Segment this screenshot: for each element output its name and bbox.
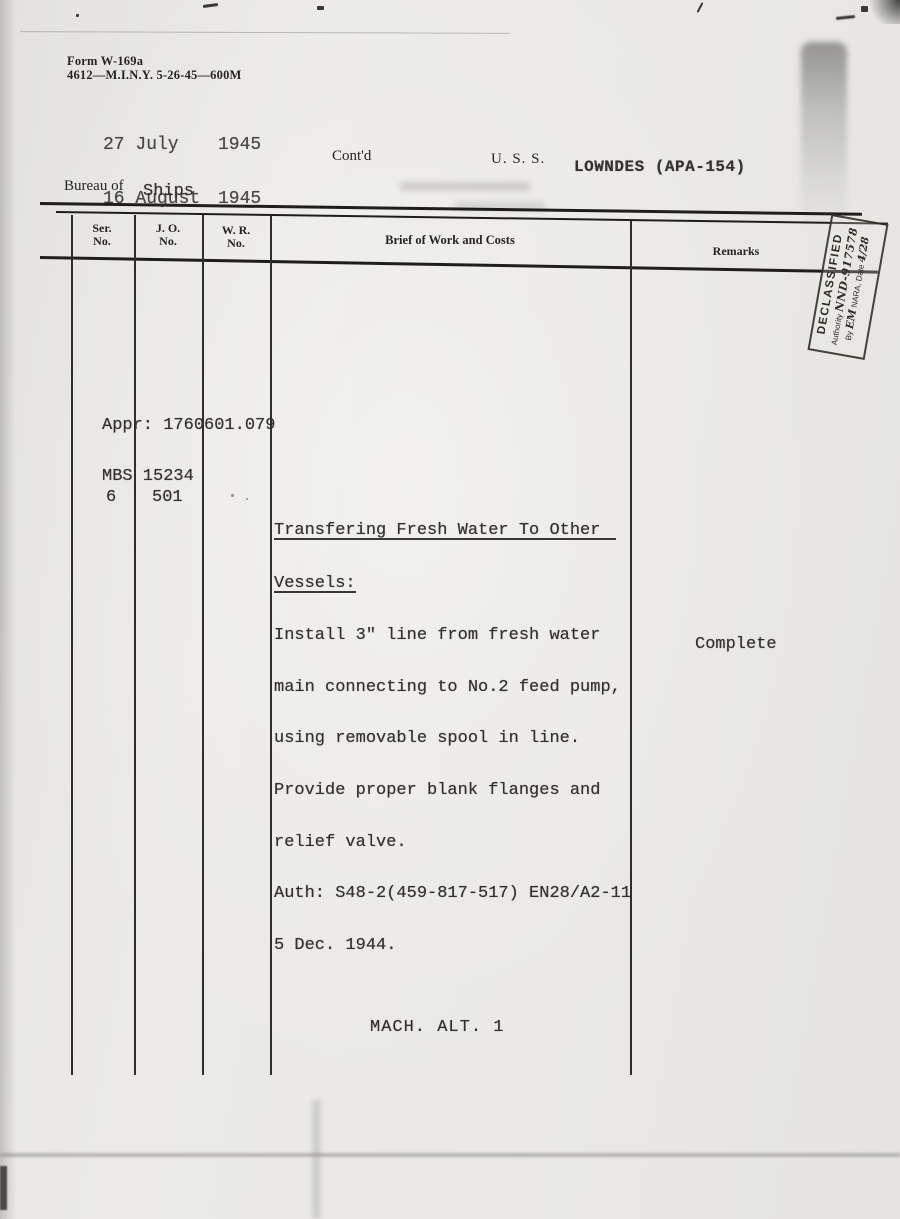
scan-speck (697, 2, 704, 13)
scan-smudge-right (801, 42, 847, 230)
table-vrule-wr-brief (270, 215, 272, 1075)
date-row: 27 July1945 (103, 136, 261, 154)
appropriation-mbs: MBS 15234 (102, 468, 275, 485)
brief-body-line: 5 Dec. 1944. (274, 937, 631, 954)
entry-jo-no: 501 (152, 488, 183, 507)
col-header-remarks: Remarks (630, 245, 842, 258)
date-day-month: 27 July (103, 136, 218, 154)
entry-ser-no: 6 (106, 488, 116, 507)
form-number-line1: Form W-169a (67, 55, 242, 69)
col-header-brief: Brief of Work and Costs (270, 234, 630, 247)
scanned-form-page: Form W-169a 4612—M.I.N.Y. 5-26-45—600M 2… (0, 0, 900, 1219)
entry-remarks: Complete (695, 635, 777, 654)
brief-body-line: using removable spool in line. (274, 730, 631, 747)
form-number-line2: 4612—M.I.N.Y. 5-26-45—600M (67, 69, 242, 83)
entry-brief-of-work: Transfering Fresh Water To Other Vessels… (274, 488, 631, 988)
scan-speck (836, 15, 855, 20)
brief-body-line: Provide proper blank flanges and (274, 782, 631, 799)
table-vrule-left (71, 215, 73, 1075)
scan-speck (317, 6, 324, 10)
typed-dates: 27 July1945 16 August1945 (103, 100, 261, 244)
bureau-value: Ships (143, 182, 194, 201)
date-year: 1945 (218, 189, 261, 209)
form-number: Form W-169a 4612—M.I.N.Y. 5-26-45—600M (67, 55, 242, 82)
contd-label: Cont'd (332, 148, 371, 165)
brief-body-line: Auth: S48-2(459-817-517) EN28/A2-11 (274, 885, 631, 902)
appropriation-number: Appr: 1760601.079 (102, 417, 275, 434)
scan-paper-edge (0, 1153, 900, 1157)
scan-speck (203, 3, 218, 8)
scan-ghost-text (400, 182, 530, 191)
appropriation-block: Appr: 1760601.079 MBS 15234 (102, 383, 275, 519)
table-vrule-jo-wr (202, 215, 204, 1075)
stamp-by-initials: EM (844, 308, 859, 329)
date-year: 1945 (218, 135, 261, 155)
brief-body-line: Install 3" line from fresh water (274, 627, 631, 644)
scan-edge-shadow-left (0, 0, 16, 1219)
scan-corner-smudge (866, 0, 900, 24)
table-vrule-ser-jo (134, 215, 136, 1075)
ship-name: LOWNDES (APA-154) (574, 158, 746, 176)
brief-title-line: Vessels: (274, 575, 631, 593)
scan-fold-shadow (312, 1100, 321, 1219)
scan-mark-bottom-left (0, 1166, 7, 1210)
scan-speck (76, 14, 79, 17)
uss-label: U. S. S. (491, 151, 545, 168)
scan-faint-line (20, 31, 510, 34)
table-header-bottom-rule (40, 256, 878, 273)
footer-mach-alt: MACH. ALT. 1 (370, 1018, 504, 1037)
brief-title-line: Transfering Fresh Water To Other (274, 522, 631, 540)
brief-body-line: main connecting to No.2 feed pump, (274, 679, 631, 696)
declassified-stamp: DECLASSIFIED Authority NND-917578 By EM … (807, 214, 888, 360)
brief-body-line: relief valve. (274, 834, 631, 851)
